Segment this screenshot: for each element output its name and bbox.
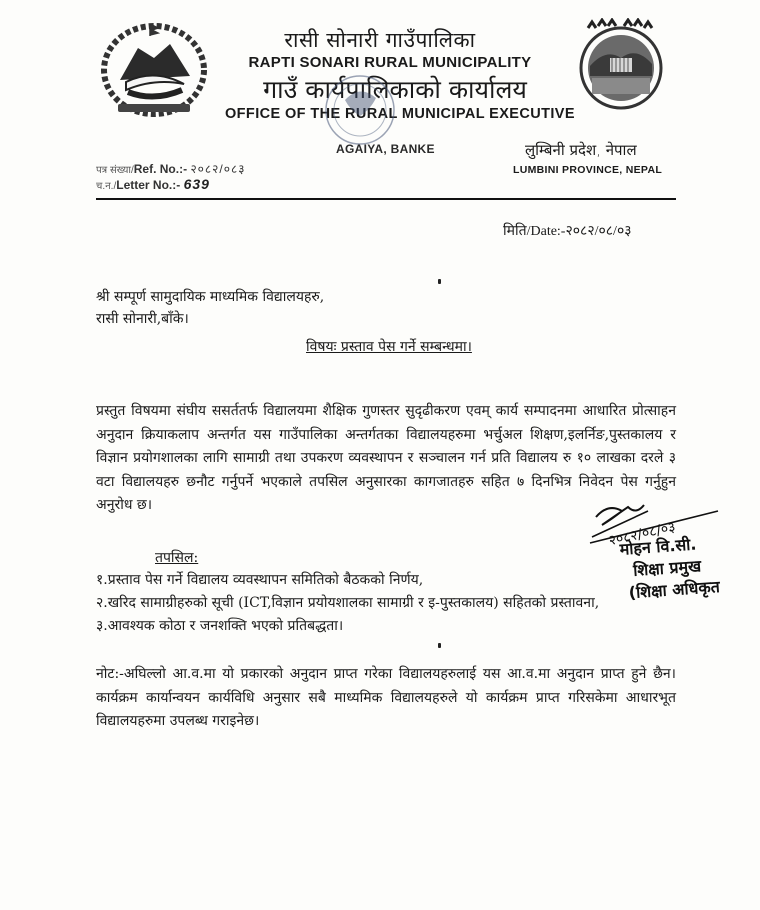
province-nepali: लुम्बिनी प्रदेश, नेपाल <box>525 140 637 160</box>
header-divider <box>96 198 676 200</box>
office-name-nepali: रासी सोनारी गाउँपालिका <box>0 26 760 54</box>
ref-label-english: Ref. No.:- <box>134 162 187 176</box>
ref-value: २०८२/०८३ <box>190 162 245 176</box>
attachments-list: १.प्रस्ताव पेस गर्ने विद्यालय व्यवस्थापन… <box>96 569 599 638</box>
province-english: LUMBINI PROVINCE, NEPAL <box>513 164 662 176</box>
speck <box>438 643 441 648</box>
office-location: AGAIYA, BANKE <box>336 142 435 156</box>
letter-date: मिति/Date:-२०८२/०८/०३ <box>503 221 632 240</box>
letter-label-nepali: च.न./ <box>96 181 116 192</box>
attachment-item: २.खरिद सामाग्रीहरुको सूची (ICT,विज्ञान प… <box>96 592 599 615</box>
speck <box>438 279 441 284</box>
attachments-heading: तपसिल: <box>155 548 198 567</box>
reference-number: पत्र संख्या/Ref. No.:- २०८२/०८३ <box>96 160 245 177</box>
letter-number: च.न./Letter No.:- 639 <box>96 176 210 192</box>
attachment-item: ३.आवश्यक कोठा र जनशक्ति भएको प्रतिबद्धता… <box>96 615 599 638</box>
office-name-english: RAPTI SONARI RURAL MUNICIPALITY <box>0 54 760 71</box>
date-label: मिति/Date:- <box>503 224 565 239</box>
letter-label-english: Letter No.:- <box>116 178 180 192</box>
letter-value: 639 <box>184 176 210 192</box>
ref-label-nepali: पत्र संख्या/ <box>96 165 134 176</box>
recipient-line-2: रासी सोनारी,बाँके। <box>96 309 189 328</box>
note-paragraph: नोट:-अघिल्लो आ.व.मा यो प्रकारको अनुदान प… <box>96 663 676 734</box>
subject-line: विषयः प्रस्ताव पेस गर्ने सम्बन्धमा। <box>306 337 472 356</box>
signatory-block: मोहन वि.सी. शिक्षा प्रमुख (शिक्षा अधिकृत <box>617 532 721 605</box>
attachment-item: १.प्रस्ताव पेस गर्ने विद्यालय व्यवस्थापन… <box>96 569 599 592</box>
date-value: २०८२/०८/०३ <box>565 224 631 239</box>
recipient-line-1: श्री सम्पूर्ण सामुदायिक माध्यमिक विद्याल… <box>96 287 324 306</box>
